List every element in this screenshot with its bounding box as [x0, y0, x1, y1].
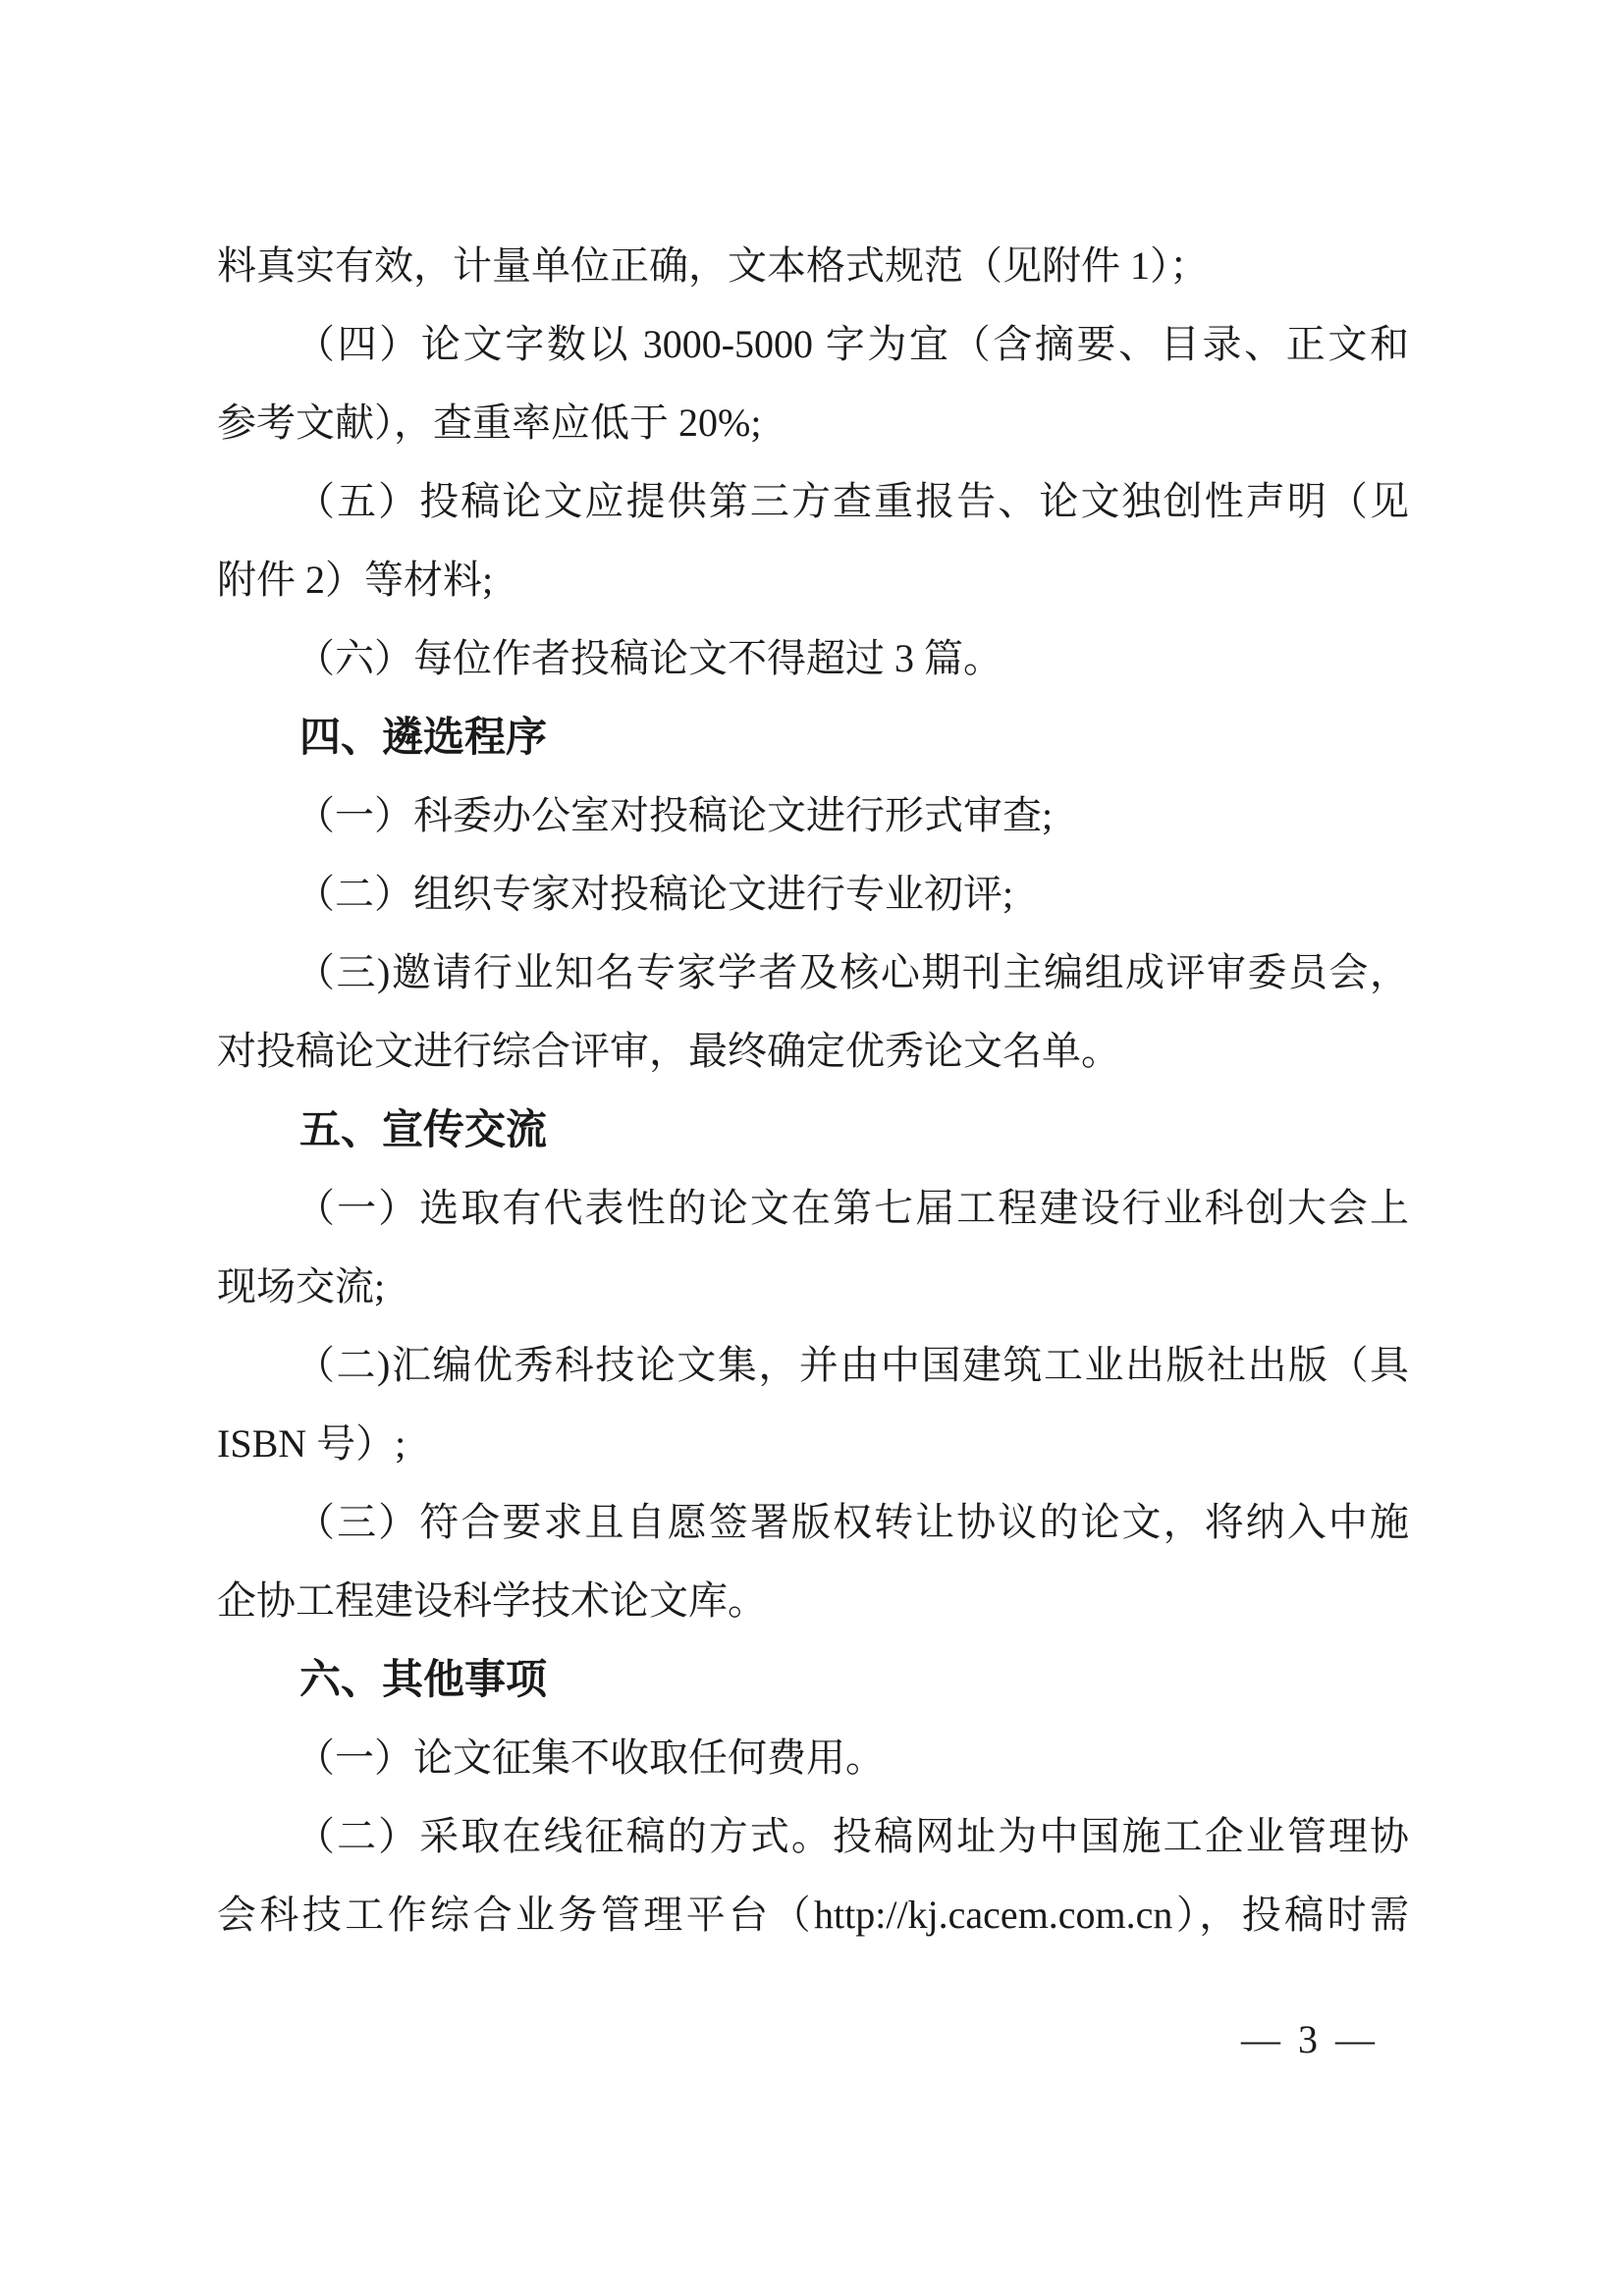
- text-line: 会科技工作综合业务管理平台（http://kj.cacem.com.cn），投稿…: [217, 1876, 1409, 1954]
- text-line: （四）论文字数以 3000-5000 字为宜（含摘要、目录、正文和: [217, 305, 1409, 384]
- text-line: （一）科委办公室对投稿论文进行形式审查;: [217, 776, 1409, 855]
- text-line: （一）论文征集不收取任何费用。: [217, 1719, 1409, 1797]
- text-line: 对投稿论文进行综合评审，最终确定优秀论文名单。: [217, 1012, 1409, 1091]
- text-line: （一）选取有代表性的论文在第七届工程建设行业科创大会上: [217, 1169, 1409, 1248]
- text-line: ISBN 号）;: [217, 1405, 1409, 1483]
- text-line: （六）每位作者投稿论文不得超过 3 篇。: [217, 619, 1409, 698]
- text-line: 附件 2）等材料;: [217, 541, 1409, 619]
- text-line: （二）采取在线征稿的方式。投稿网址为中国施工企业管理协: [217, 1797, 1409, 1876]
- document-page: 料真实有效，计量单位正确，文本格式规范（见附件 1）； （四）论文字数以 300…: [0, 0, 1624, 2296]
- text-line: （五）投稿论文应提供第三方查重报告、论文独创性声明（见: [217, 462, 1409, 541]
- text-line: （二)汇编优秀科技论文集，并由中国建筑工业出版社出版（具: [217, 1326, 1409, 1405]
- heading-section-6: 六、其他事项: [217, 1640, 1409, 1719]
- text-line: （二）组织专家对投稿论文进行专业初评;: [217, 855, 1409, 934]
- text-line: 料真实有效，计量单位正确，文本格式规范（见附件 1）；: [217, 227, 1409, 305]
- text-line: （三)邀请行业知名专家学者及核心期刊主编组成评审委员会，: [217, 934, 1409, 1012]
- text-line: 企协工程建设科学技术论文库。: [217, 1562, 1409, 1640]
- document-body: 料真实有效，计量单位正确，文本格式规范（见附件 1）； （四）论文字数以 300…: [217, 227, 1409, 1954]
- heading-section-4: 四、遴选程序: [217, 698, 1409, 776]
- text-line: 现场交流;: [217, 1248, 1409, 1326]
- heading-section-5: 五、宣传交流: [217, 1091, 1409, 1169]
- text-line: （三）符合要求且自愿签署版权转让协议的论文，将纳入中施: [217, 1483, 1409, 1562]
- text-line: 参考文献），查重率应低于 20%;: [217, 384, 1409, 462]
- page-number: — 3 —: [1241, 2001, 1379, 2079]
